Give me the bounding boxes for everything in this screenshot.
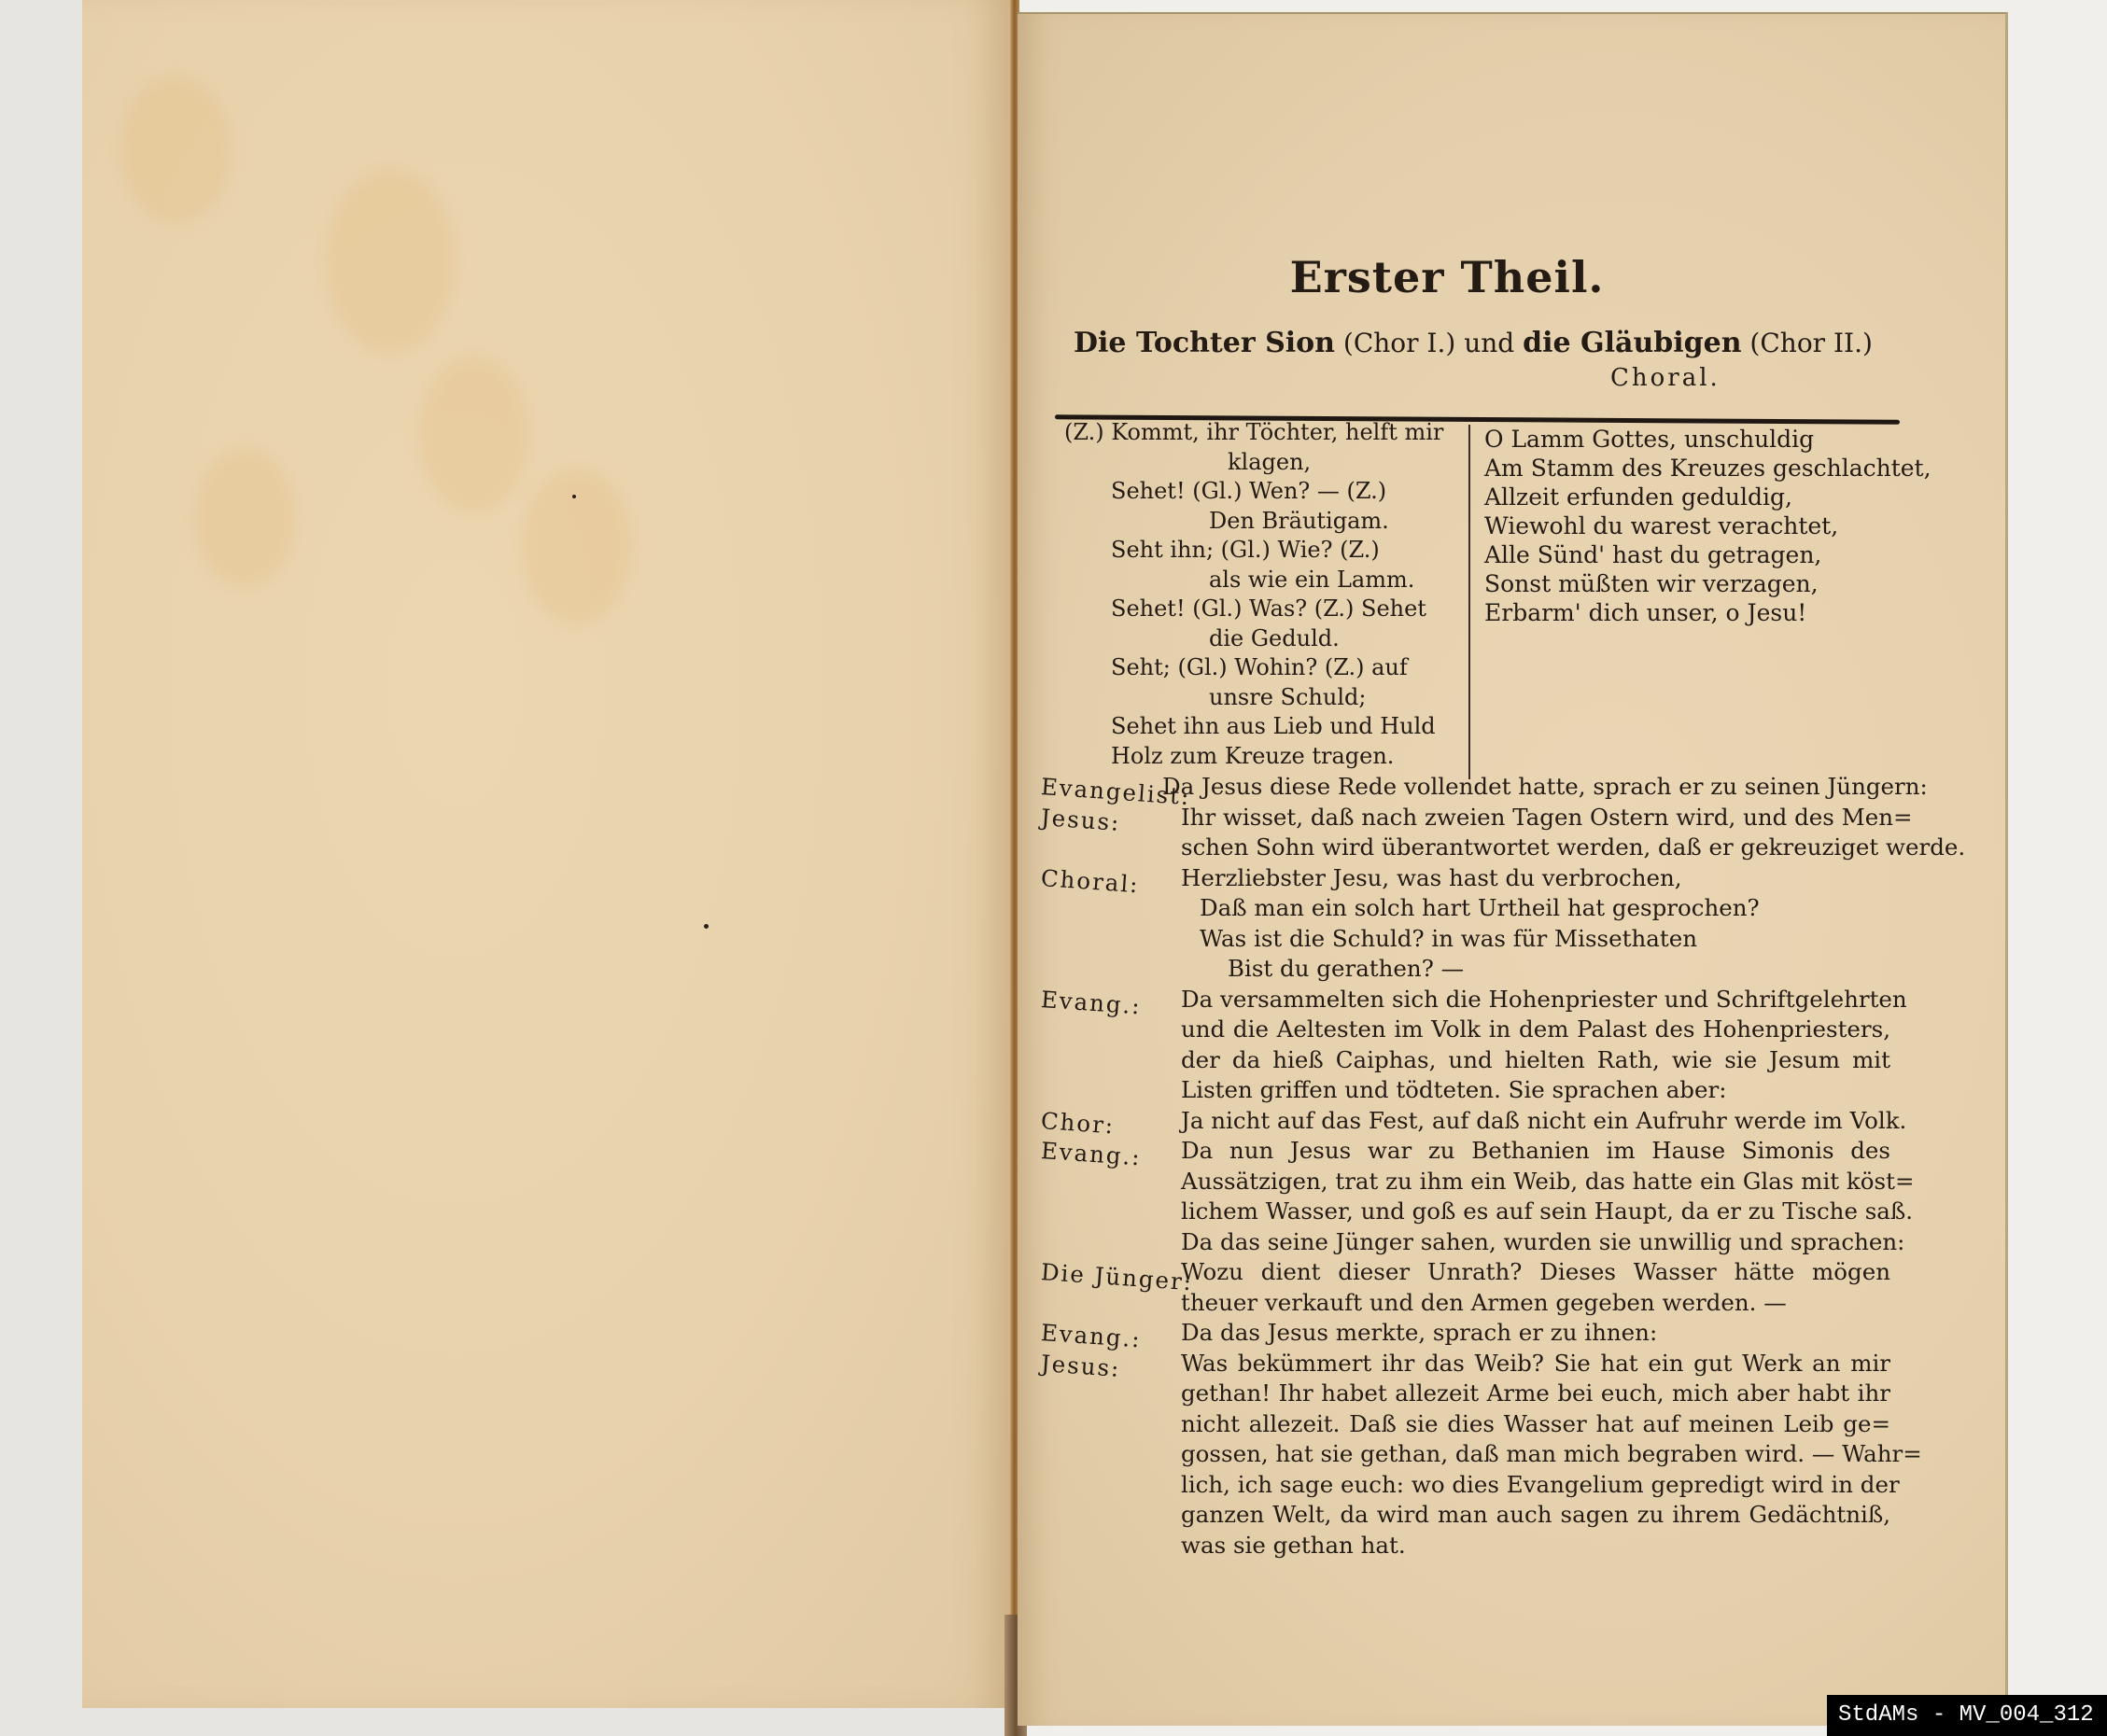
libretto-line: Was ist die Schuld? in was für Missethat… [1041,924,1900,955]
libretto-line: gethan! Ihr habet allezeit Arme bei euch… [1041,1379,1900,1409]
libretto-line: der da hieß Caiphas, und hielten Rath, w… [1041,1045,1900,1076]
libretto-line: Daß man ein solch hart Urtheil hat gespr… [1041,893,1900,924]
line-text: Da Jesus diese Rede vollendet hatte, spr… [1162,772,1890,803]
subtitle-choir-two: (Chor II.) [1742,328,1873,358]
dialogue-line: klagen, [1064,448,1466,478]
section-title: Erster Theil. [1251,252,1643,302]
libretto-line: gossen, hat sie gethan, daß man mich beg… [1041,1439,1900,1470]
paper-stain [418,355,530,513]
dialogue-line: Sehet ihn aus Lieb und Huld [1064,712,1466,742]
line-text: gethan! Ihr habet allezeit Arme bei euch… [1181,1379,1890,1409]
subtitle: Die Tochter Sion (Chor I.) und die Gläub… [1074,327,1904,359]
line-text: Da nun Jesus war zu Bethanien im Hause S… [1181,1136,1890,1167]
libretto-body: Evangelist:Da Jesus diese Rede vollendet… [1041,772,1900,1561]
chorale-line: Sonst müßten wir verzagen, [1484,569,1904,598]
libretto-line: lich, ich sage euch: wo dies Evangelium … [1041,1470,1900,1501]
paper-speck [572,495,576,498]
libretto-line: theuer verkauft und den Armen gegeben we… [1041,1288,1900,1319]
dialogue-line: Sehet! (Gl.) Was? (Z.) Sehet [1064,595,1466,624]
line-text: was sie gethan hat. [1181,1531,1890,1561]
subtitle-daughter-zion: Die Tochter Sion [1074,327,1335,359]
subtitle-connector: (Chor I.) und [1335,328,1523,358]
chorale-line: Erbarm' dich unser, o Jesu! [1484,598,1904,627]
line-text: Daß man ein solch hart Urtheil hat gespr… [1200,893,1890,924]
libretto-line: nicht allezeit. Daß sie dies Wasser hat … [1041,1409,1900,1440]
line-text: Aussätzigen, trat zu ihm ein Weib, das h… [1181,1167,1890,1197]
chorale-line: Allzeit erfunden geduldig, [1484,483,1904,511]
line-text: Da versammelten sich die Hohenpriester u… [1181,985,1890,1015]
libretto-line: schen Sohn wird überantwortet werden, da… [1041,833,1900,863]
chorale-column: O Lamm Gottes, unschuldig Am Stamm des K… [1484,425,1904,627]
line-text: Wozu dient dieser Unrath? Dieses Wasser … [1181,1257,1890,1288]
line-text: Da das seine Jünger sahen, wurden sie un… [1181,1227,1890,1258]
libretto-line: Evang.:Da das Jesus merkte, sprach er zu… [1041,1318,1900,1349]
libretto-line: Jesus:Ihr wisset, daß nach zweien Tagen … [1041,803,1900,833]
libretto-line: was sie gethan hat. [1041,1531,1900,1561]
line-text: nicht allezeit. Daß sie dies Wasser hat … [1181,1409,1890,1440]
archive-label: StdAMs - MV_004_312 [1827,1695,2107,1736]
dialogue-line: Seht ihn; (Gl.) Wie? (Z.) [1064,536,1466,566]
libretto-line: Bist du gerathen? — [1041,954,1900,985]
line-text: schen Sohn wird überantwortet werden, da… [1181,833,1890,863]
libretto-line: Listen griffen und tödteten. Sie sprache… [1041,1075,1900,1106]
dialogue-line: als wie ein Lamm. [1064,566,1466,595]
dialogue-line: Sehet! (Gl.) Wen? — (Z.) [1064,477,1466,507]
line-text: der da hieß Caiphas, und hielten Rath, w… [1181,1045,1890,1076]
dialogue-line: Holz zum Kreuze tragen. [1064,742,1466,772]
libretto-line: Da das seine Jünger sahen, wurden sie un… [1041,1227,1900,1258]
choral-heading: Choral. [1610,364,1721,392]
line-text: lichem Wasser, und goß es auf sein Haupt… [1181,1197,1890,1227]
libretto-line: Jesus:Was bekümmert ihr das Weib? Sie ha… [1041,1349,1900,1379]
line-text: gossen, hat sie gethan, daß man mich beg… [1181,1439,1890,1470]
libretto-line: Chor:Ja nicht auf das Fest, auf daß nich… [1041,1106,1900,1137]
line-text: ganzen Welt, da wird man auch sagen zu i… [1181,1500,1890,1531]
line-text: theuer verkauft und den Armen gegeben we… [1181,1288,1890,1319]
dialogue-line: unsre Schuld; [1064,683,1466,713]
libretto-line: Evang.:Da nun Jesus war zu Bethanien im … [1041,1136,1900,1167]
dialogue-line: Den Bräutigam. [1064,507,1466,537]
chorale-line: Am Stamm des Kreuzes geschlachtet, [1484,454,1904,483]
paper-stain [194,448,297,588]
line-text: Ihr wisset, daß nach zweien Tagen Ostern… [1181,803,1890,833]
dialogue-line: (Z.) Kommt, ihr Töchter, helft mir [1064,418,1466,448]
line-text: Da das Jesus merkte, sprach er zu ihnen: [1181,1318,1890,1349]
line-text: lich, ich sage euch: wo dies Evangelium … [1181,1470,1890,1501]
paper-stain [521,467,633,625]
line-text: und die Aeltesten im Volk in dem Palast … [1181,1015,1890,1045]
column-divider [1468,425,1470,779]
dialogue-line: Seht; (Gl.) Wohin? (Z.) auf [1064,653,1466,683]
paper-speck [704,924,709,929]
subtitle-believers: die Gläubigen [1523,327,1741,359]
libretto-line: Choral:Herzliebster Jesu, was hast du ve… [1041,863,1900,894]
line-text: Was bekümmert ihr das Weib? Sie hat ein … [1181,1349,1890,1379]
line-text: Listen griffen und tödteten. Sie sprache… [1181,1075,1890,1106]
libretto-line: und die Aeltesten im Volk in dem Palast … [1041,1015,1900,1045]
libretto-line: Die Jünger:Wozu dient dieser Unrath? Die… [1041,1257,1900,1288]
libretto-line: lichem Wasser, und goß es auf sein Haupt… [1041,1197,1900,1227]
dialogue-line: die Geduld. [1064,624,1466,654]
line-text: Was ist die Schuld? in was für Missethat… [1200,924,1890,955]
libretto-line: Evangelist:Da Jesus diese Rede vollendet… [1041,772,1900,803]
chorale-line: Alle Sünd' hast du getragen, [1484,540,1904,569]
dialogue-column: (Z.) Kommt, ihr Töchter, helft mir klage… [1064,418,1466,771]
chorale-line: Wiewohl du warest verachtet, [1484,511,1904,540]
libretto-line: ganzen Welt, da wird man auch sagen zu i… [1041,1500,1900,1531]
line-text: Ja nicht auf das Fest, auf daß nicht ein… [1181,1106,1890,1137]
chorale-line: O Lamm Gottes, unschuldig [1484,425,1904,454]
line-text: Bist du gerathen? — [1228,954,1890,985]
paper-stain [325,168,456,355]
libretto-line: Aussätzigen, trat zu ihm ein Weib, das h… [1041,1167,1900,1197]
paper-stain [119,75,232,224]
libretto-line: Evang.:Da versammelten sich die Hohenpri… [1041,985,1900,1015]
left-page [82,0,1013,1708]
line-text: Herzliebster Jesu, was hast du verbroche… [1181,863,1890,894]
